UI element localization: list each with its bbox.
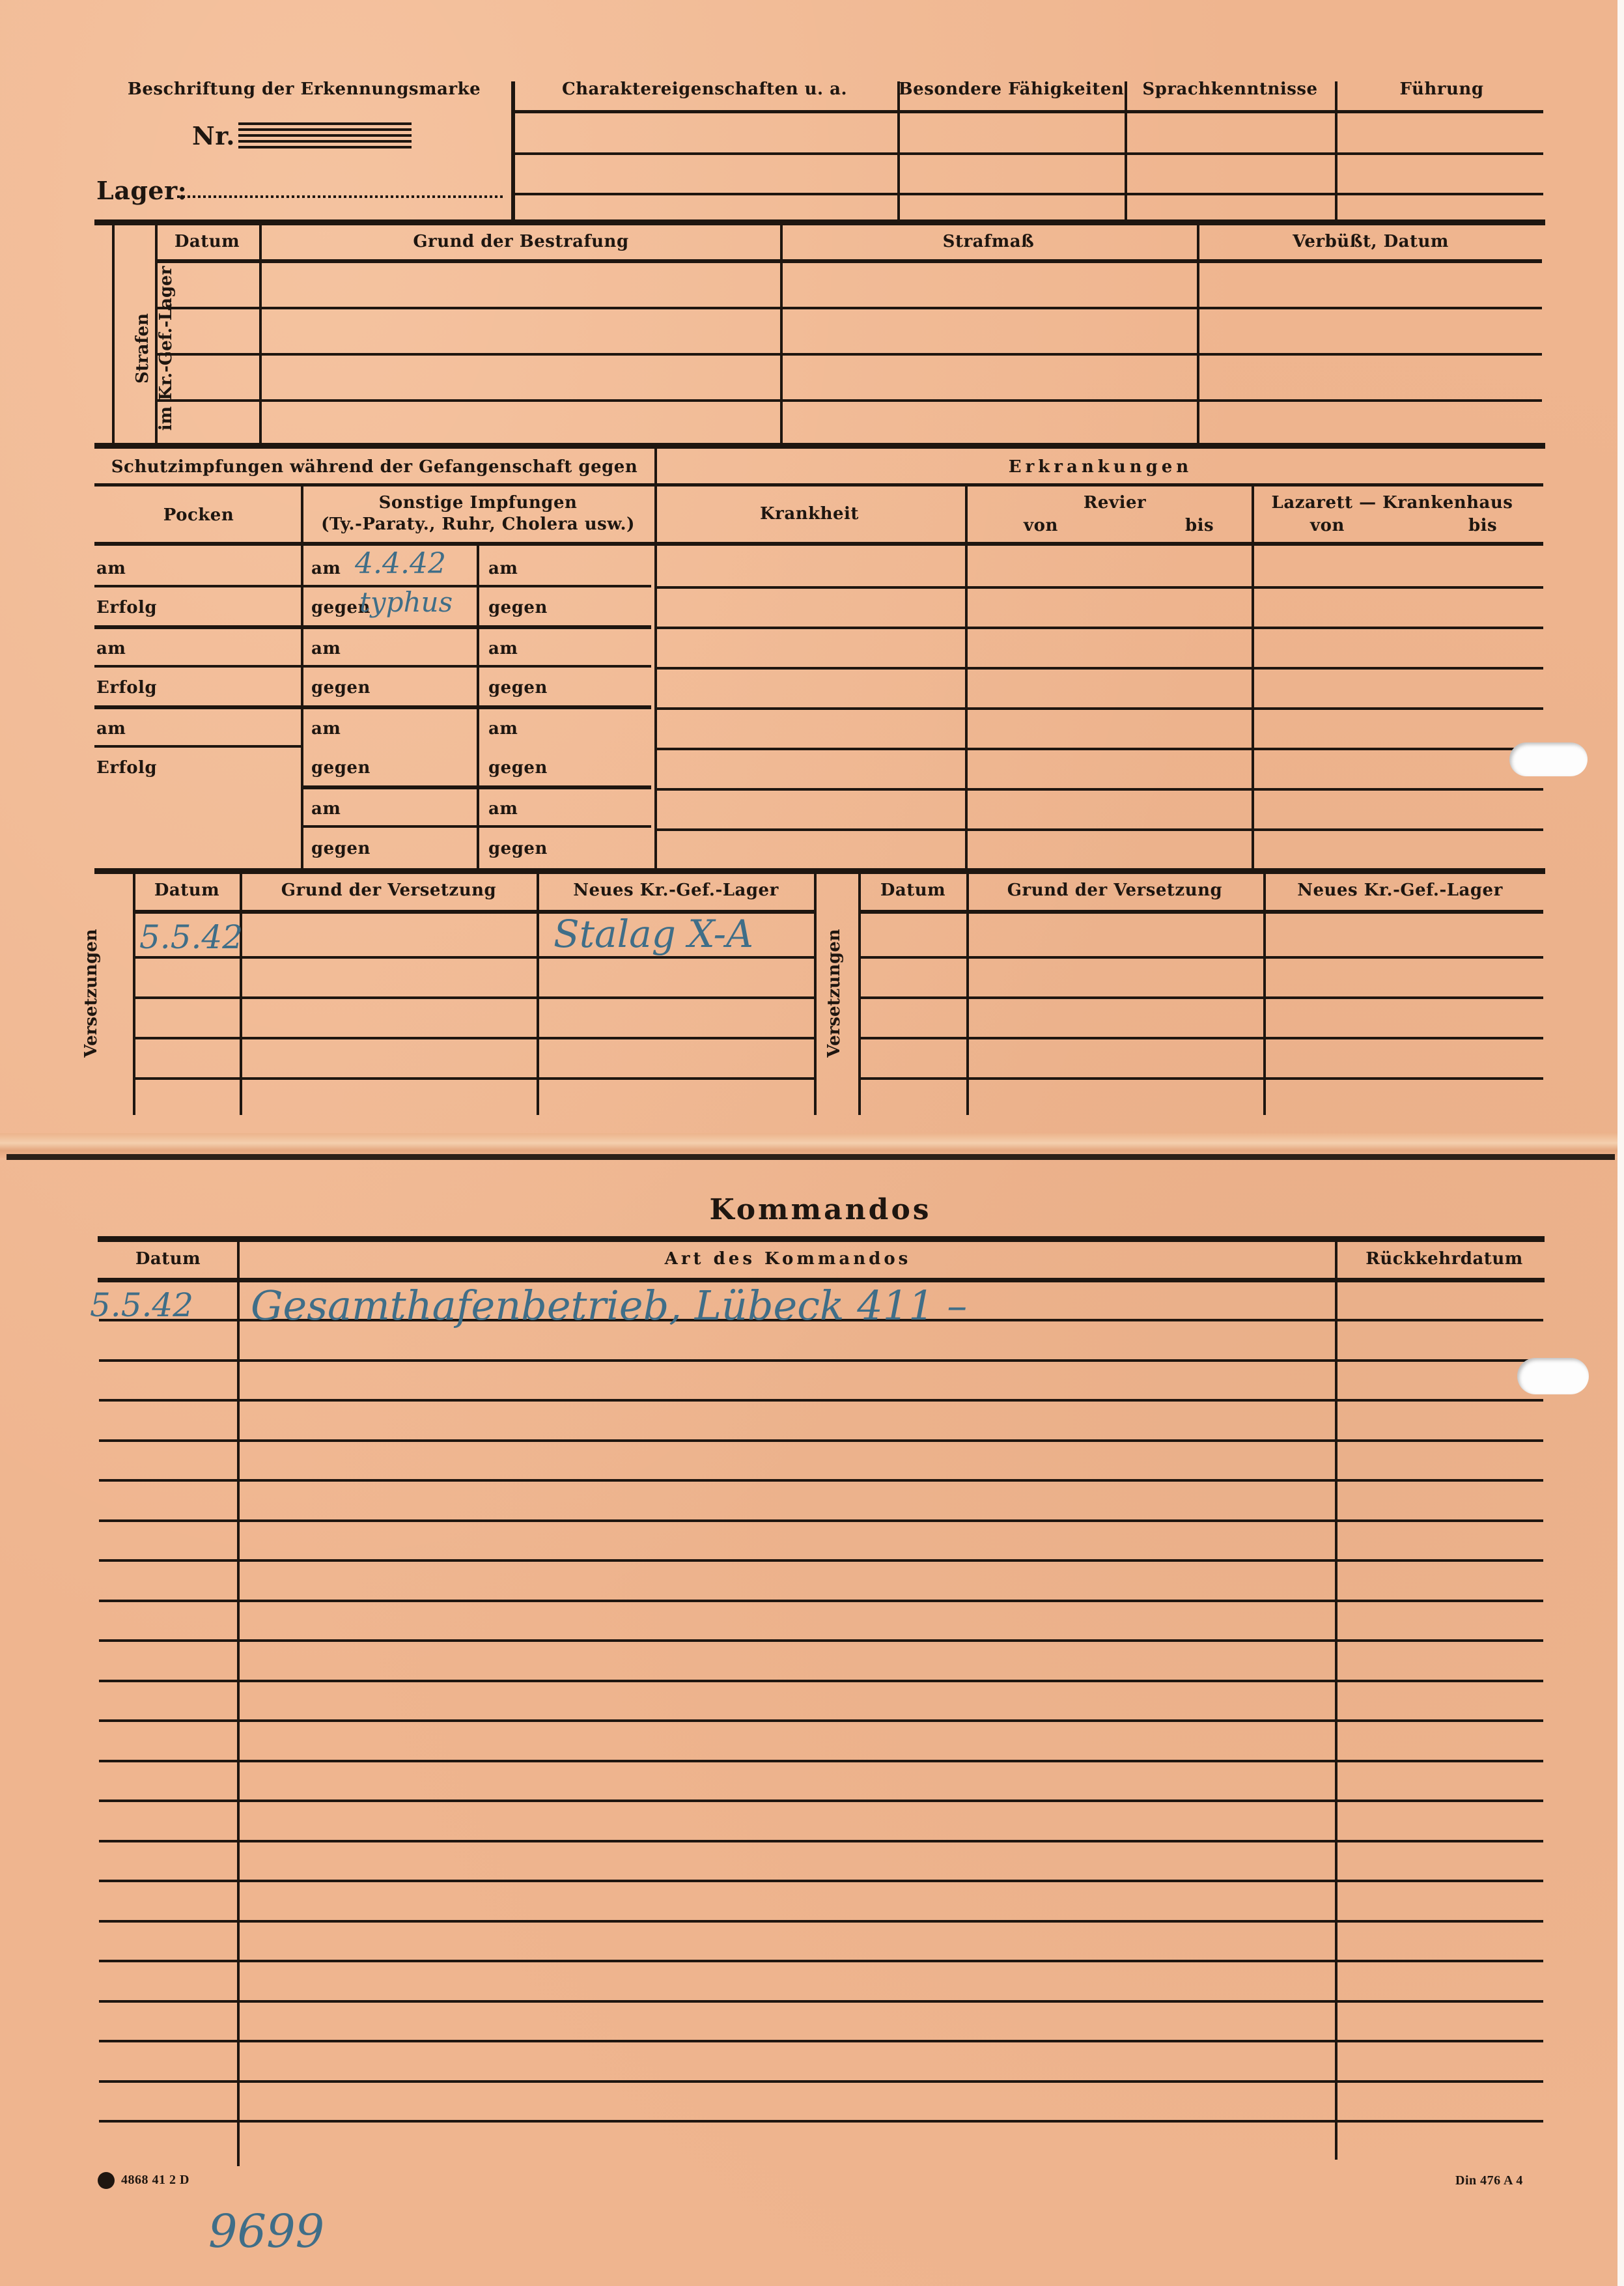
section-rule xyxy=(94,443,1545,449)
nr-field[interactable] xyxy=(238,122,412,148)
sonst1-am-4: am xyxy=(311,799,341,819)
col-lazarett: Lazarett — Krankenhaus xyxy=(1272,493,1513,513)
sonst2-gegen-4: gegen xyxy=(488,839,548,858)
sonst1-gegen-2: gegen xyxy=(311,678,371,698)
revier-von: von xyxy=(1024,516,1058,535)
lager-label: Lager: xyxy=(96,176,187,205)
handwritten-number: 9699 xyxy=(208,2205,324,2258)
section-rule xyxy=(94,219,1545,225)
vers-r-col-grund: Grund der Versetzung xyxy=(1007,881,1222,900)
fuehrung-field[interactable] xyxy=(1337,114,1542,218)
vers-r-col-datum: Datum xyxy=(880,881,945,900)
rule xyxy=(301,785,651,789)
section-rule xyxy=(94,868,1545,874)
printer-mark-icon xyxy=(98,2172,115,2189)
rule xyxy=(94,483,1543,487)
fold-rule xyxy=(7,1154,1615,1160)
lager-field[interactable] xyxy=(177,195,503,198)
pocken-am-3: am xyxy=(96,719,126,739)
kommandos-title: Kommandos xyxy=(709,1193,931,1226)
sonst1-am-3: am xyxy=(311,719,341,739)
vers-l-col-grund: Grund der Versetzung xyxy=(281,881,496,900)
strafen-row[interactable] xyxy=(158,356,1542,398)
kommandos-col-art: Art des Kommandos xyxy=(665,1249,912,1269)
lazarett-von: von xyxy=(1310,516,1345,535)
strafen-col-datum: Datum xyxy=(175,232,240,251)
revier-bis: bis xyxy=(1185,516,1214,535)
faehigkeiten-field[interactable] xyxy=(900,114,1123,218)
col-charakter: Charaktereigenschaften u. a. xyxy=(562,79,847,99)
rule xyxy=(94,542,1543,546)
strafen-col-strafmass: Strafmaß xyxy=(943,232,1035,251)
nr-label: Nr. xyxy=(192,121,235,150)
col-krankheit: Krankheit xyxy=(760,504,859,524)
rule xyxy=(513,110,1543,113)
strafen-col-verbuesst: Verbüßt, Datum xyxy=(1293,232,1449,251)
scan-edge xyxy=(1617,0,1624,2286)
col-pocken: Pocken xyxy=(163,505,234,525)
kommandos-rows[interactable] xyxy=(99,1283,1543,2162)
col-sonstige-sub: (Ty.-Paraty., Ruhr, Cholera usw.) xyxy=(321,515,635,534)
kommandos-col-rueckkehr: Rückkehrdatum xyxy=(1365,1249,1522,1269)
impfungen-title: Schutzimpfungen während der Gefangenscha… xyxy=(111,457,638,477)
rule xyxy=(156,353,1542,356)
sonst2-am-3: am xyxy=(488,719,518,739)
section-rule xyxy=(98,1236,1545,1242)
pocken-erfolg-3: Erfolg xyxy=(96,758,157,778)
sonst2-am-1: am xyxy=(488,559,518,578)
rule xyxy=(94,665,651,668)
sonst1-gegen-3: gegen xyxy=(311,758,371,778)
sonst2-gegen-2: gegen xyxy=(488,678,548,698)
sprachen-field[interactable] xyxy=(1127,114,1333,218)
erkrankungen-title: Erkrankungen xyxy=(1009,457,1192,477)
strafen-row[interactable] xyxy=(158,264,1542,305)
col-sprachen: Sprachkenntnisse xyxy=(1142,79,1317,99)
erkrankungen-rows[interactable] xyxy=(658,547,1543,866)
col-revier: Revier xyxy=(1084,493,1146,513)
sonst2-gegen-1: gegen xyxy=(488,598,548,617)
handwritten-impf-gegen: typhus xyxy=(359,586,453,618)
tag-label: Beschriftung der Erkennungsmarke xyxy=(128,79,481,99)
kommandos-col-datum: Datum xyxy=(135,1249,201,1269)
pocken-am-1: am xyxy=(96,559,126,578)
punch-hole xyxy=(1509,742,1588,776)
rule xyxy=(94,625,651,629)
versetzungen-side-label-left: Versetzungen xyxy=(81,928,107,1058)
form-card: Beschriftung der Erkennungsmarke Nr. Lag… xyxy=(0,0,1624,2286)
versetzungen-right-rows[interactable] xyxy=(861,915,1543,1114)
rule xyxy=(156,307,1542,309)
rule xyxy=(301,825,651,828)
punch-hole xyxy=(1517,1358,1589,1394)
rule xyxy=(860,910,1543,914)
print-code: 4868 41 2 D xyxy=(121,2173,189,2188)
strafen-row[interactable] xyxy=(158,310,1542,352)
pocken-erfolg-1: Erfolg xyxy=(96,598,157,617)
pocken-erfolg-2: Erfolg xyxy=(96,678,157,698)
strafen-col-grund: Grund der Bestrafung xyxy=(413,232,628,251)
lazarett-bis: bis xyxy=(1468,516,1497,535)
versetzungen-left-rows[interactable] xyxy=(135,915,813,1114)
rule xyxy=(94,705,651,709)
col-sonstige: Sonstige Impfungen xyxy=(379,493,578,513)
handwritten-impf-date: 4.4.42 xyxy=(355,547,446,580)
rule xyxy=(156,259,1542,263)
vers-r-col-lager: Neues Kr.-Gef.-Lager xyxy=(1297,881,1503,900)
vers-l-col-lager: Neues Kr.-Gef.-Lager xyxy=(573,881,779,900)
charakter-field[interactable] xyxy=(514,114,895,218)
sonst2-am-2: am xyxy=(488,639,518,658)
pocken-am-2: am xyxy=(96,639,126,658)
strafen-row[interactable] xyxy=(158,402,1542,443)
divider xyxy=(654,448,657,868)
strafen-side-label-1: Strafen xyxy=(131,238,154,459)
vers-l-col-datum: Datum xyxy=(154,881,219,900)
rule xyxy=(156,399,1542,402)
col-faehigkeiten: Besondere Fähigkeiten xyxy=(899,79,1125,99)
divider xyxy=(112,225,115,443)
din-label: Din 476 A 4 xyxy=(1455,2173,1523,2188)
rule xyxy=(94,745,301,748)
versetzungen-side-label-right: Versetzungen xyxy=(824,928,850,1058)
sonst1-am-2: am xyxy=(311,639,341,658)
sonst1-am-1: am xyxy=(311,559,341,578)
sonst2-gegen-3: gegen xyxy=(488,758,548,778)
sonst2-am-4: am xyxy=(488,799,518,819)
sonst1-gegen-4: gegen xyxy=(311,839,371,858)
col-fuehrung: Führung xyxy=(1400,79,1484,99)
